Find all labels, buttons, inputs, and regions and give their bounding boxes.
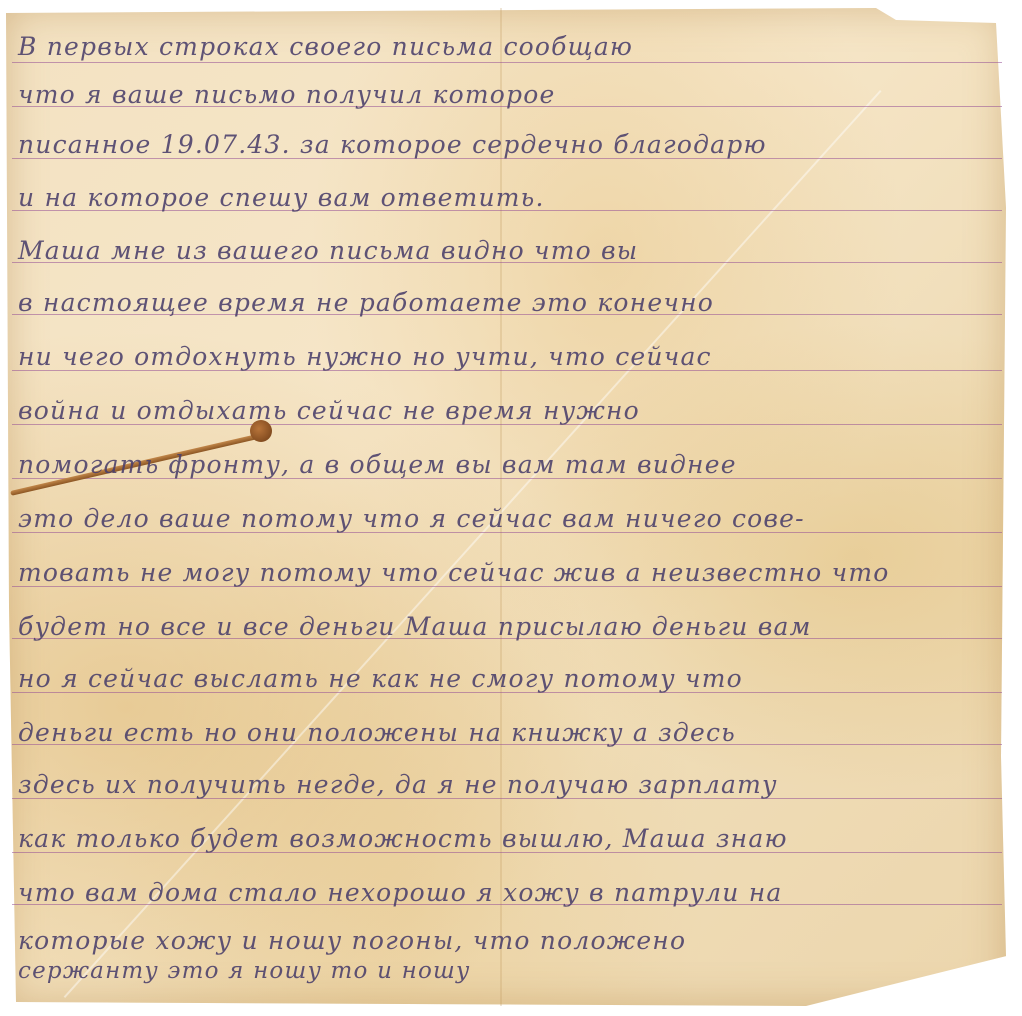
letter-line: сержанту это я ношу то и ношу <box>18 958 1008 984</box>
letter-line: что я ваше письмо получил которое <box>18 80 1008 109</box>
letter-line: писанное 19.07.43. за которое сердечно б… <box>18 130 1008 159</box>
ruled-line <box>12 62 1002 63</box>
letter-line: деньги есть но они положены на книжку а … <box>18 718 1008 747</box>
letter-line: и на которое спешу вам ответить. <box>18 183 1008 212</box>
letter-line: В первых строках своего письма сообщаю <box>18 32 1008 61</box>
letter-line: это дело ваше потому что я сейчас вам ни… <box>18 504 1008 533</box>
letter-line: помогать фронту, а в общем вы вам там ви… <box>18 450 1008 479</box>
letter-line: Маша мне из вашего письма видно что вы <box>18 236 1008 265</box>
letter-line: что вам дома стало нехорошо я хожу в пат… <box>18 878 1008 907</box>
letter-line: ни чего отдохнуть нужно но учти, что сей… <box>18 342 1008 371</box>
letter-line: которые хожу и ношу погоны, что положено <box>18 926 1008 955</box>
letter-line: будет но все и все деньги Маша присылаю … <box>18 612 1008 641</box>
letter-line: здесь их получить негде, да я не получаю… <box>18 770 1008 799</box>
letter-line: война и отдыхать сейчас не время нужно <box>18 396 1008 425</box>
letter-line: но я сейчас выслать не как не смогу пото… <box>18 664 1008 693</box>
letter-line: товать не могу потому что сейчас жив а н… <box>18 558 1008 587</box>
letter-line: в настоящее время не работаете это конеч… <box>18 288 1008 317</box>
letter-line: как только будет возможность вышлю, Маша… <box>18 824 1008 853</box>
